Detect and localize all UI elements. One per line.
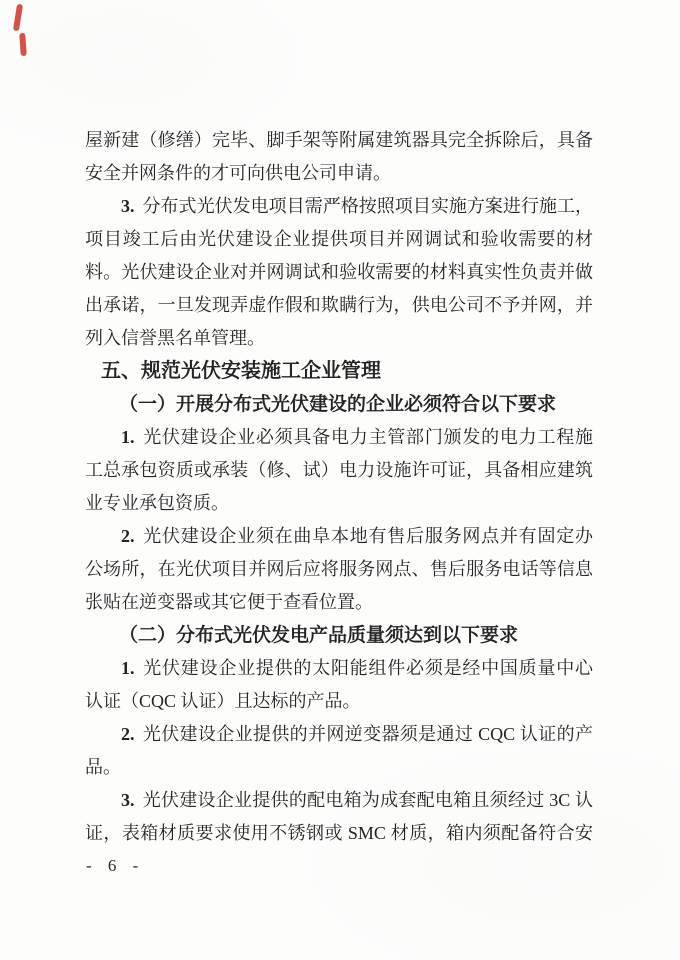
line-text: 光伏建设企业提供的并网逆变器须是通过 CQC 认证的产	[143, 724, 594, 744]
list-number: 3.	[121, 196, 135, 216]
list-number: 2.	[121, 526, 135, 546]
line-text: 光伏建设企业提供的配电箱为成套配电箱且须经过 3C 认	[143, 790, 594, 810]
text-line: 3.光伏建设企业提供的配电箱为成套配电箱且须经过 3C 认	[85, 784, 593, 817]
document-page: 屋新建（修缮）完毕、脚手架等附属建筑器具完全拆除后，具备安全并网条件的才可向供电…	[0, 0, 680, 960]
text-line: 业专业承包资质。	[85, 487, 593, 520]
text-line: （一）开展分布式光伏建设的企业必须符合以下要求	[85, 388, 593, 421]
text-line: 品。	[85, 751, 593, 784]
text-line: 证，表箱材质要求使用不锈钢或 SMC 材质，箱内须配备符合安	[85, 817, 593, 850]
list-number: 3.	[121, 790, 135, 810]
page-number: - 6 -	[86, 856, 144, 876]
text-line: 认证（CQC 认证）且达标的产品。	[85, 685, 593, 718]
document-lines: 屋新建（修缮）完毕、脚手架等附属建筑器具完全拆除后，具备安全并网条件的才可向供电…	[85, 124, 593, 850]
text-line: 料。光伏建设企业对并网调试和验收需要的材料真实性负责并做	[85, 256, 593, 289]
text-line: 张贴在逆变器或其它便于查看位置。	[85, 586, 593, 619]
line-text: 光伏建设企业提供的太阳能组件必须是经中国质量中心	[143, 658, 594, 678]
list-number: 2.	[121, 724, 135, 744]
list-number: 1.	[121, 658, 135, 678]
text-line: 项目竣工后由光伏建设企业提供项目并网调试和验收需要的材	[85, 223, 593, 256]
text-line: （二）分布式光伏发电产品质量须达到以下要求	[85, 619, 593, 652]
text-line: 1.光伏建设企业提供的太阳能组件必须是经中国质量中心	[85, 652, 593, 685]
red-pen-stroke	[19, 33, 27, 56]
line-text: 光伏建设企业须在曲阜本地有售后服务网点并有固定办	[143, 526, 594, 546]
red-pen-stroke	[13, 4, 23, 32]
list-number: 1.	[121, 427, 135, 447]
text-line: 屋新建（修缮）完毕、脚手架等附属建筑器具完全拆除后，具备	[85, 124, 593, 157]
text-line: 2.光伏建设企业提供的并网逆变器须是通过 CQC 认证的产	[85, 718, 593, 751]
text-line: 安全并网条件的才可向供电公司申请。	[85, 157, 593, 190]
text-line: 列入信誉黑名单管理。	[85, 322, 593, 355]
text-line: 五、规范光伏安装施工企业管理	[85, 355, 593, 388]
text-line: 2.光伏建设企业须在曲阜本地有售后服务网点并有固定办	[85, 520, 593, 553]
line-text: 分布式光伏发电项目需严格按照项目实施方案进行施工，	[143, 196, 594, 216]
text-line: 1.光伏建设企业必须具备电力主管部门颁发的电力工程施	[85, 421, 593, 454]
line-text: 光伏建设企业必须具备电力主管部门颁发的电力工程施	[143, 427, 594, 447]
text-line: 公场所，在光伏项目并网后应将服务网点、售后服务电话等信息	[85, 553, 593, 586]
text-line: 工总承包资质或承装（修、试）电力设施许可证，具备相应建筑	[85, 454, 593, 487]
text-line: 出承诺，一旦发现弄虚作假和欺瞒行为，供电公司不予并网，并	[85, 289, 593, 322]
text-line: 3.分布式光伏发电项目需严格按照项目实施方案进行施工，	[85, 190, 593, 223]
red-pen-mark	[0, 0, 60, 80]
